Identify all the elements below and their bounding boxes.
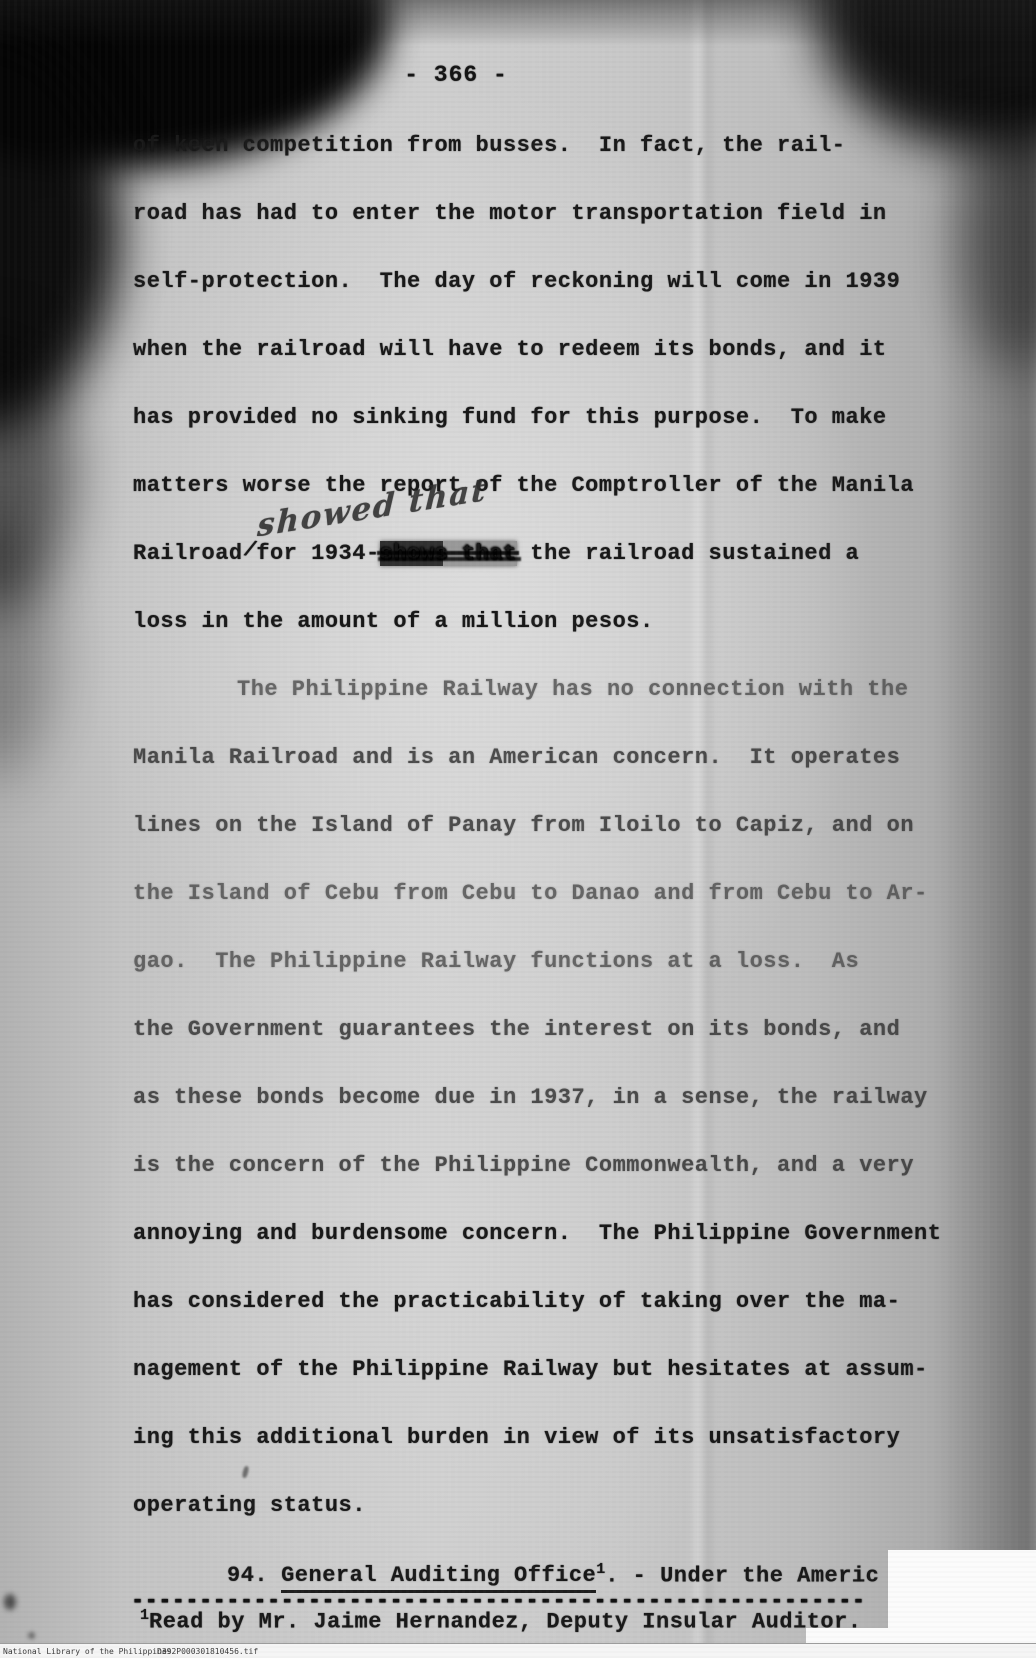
text-line: The Philippine Railway has no connection…: [237, 677, 908, 702]
text-line: gao. The Philippine Railway functions at…: [133, 949, 859, 974]
text-line: of keen competition from busses. In fact…: [133, 133, 846, 158]
text-line: loss in the amount of a million pesos.: [133, 609, 654, 634]
text-line: has provided no sinking fund for this pu…: [133, 405, 887, 430]
text-line: the Government guarantees the interest o…: [133, 1017, 900, 1042]
footnote-line: 1Read by Mr. Jaime Hernandez, Deputy Ins…: [140, 1607, 862, 1634]
footnote-marker: 1: [140, 1607, 149, 1624]
text-line: operating status.: [133, 1493, 366, 1518]
text-line: has considered the practicability of tak…: [133, 1289, 900, 1314]
footnote-marker: 1: [596, 1561, 605, 1578]
text-segment: Railroad: [133, 541, 243, 566]
text-line: road has had to enter the motor transpor…: [133, 201, 887, 226]
scan-artifact-top-band: [0, 0, 1036, 46]
scan-speck: [4, 1594, 16, 1610]
strikethrough-text: shows that: [380, 541, 517, 566]
scan-speck: [242, 1466, 250, 1479]
scan-speck: [28, 1632, 35, 1639]
text-line: nagement of the Philippine Railway but h…: [133, 1357, 928, 1382]
text-line: self-protection. The day of reckoning wi…: [133, 269, 900, 294]
text-segment: the railroad sustained a: [517, 541, 860, 566]
text-line: Manila Railroad and is an American conce…: [133, 745, 900, 770]
text-line: lines on the Island of Panay from Iloilo…: [133, 813, 914, 838]
text-line: when the railroad will have to redeem it…: [133, 337, 887, 362]
text-line: is the concern of the Philippine Commonw…: [133, 1153, 914, 1178]
library-name: National Library of the Philippines: [3, 1647, 172, 1656]
text-line: ing this additional burden in view of it…: [133, 1425, 900, 1450]
scanned-document-page: - 366 - of keen competition from busses.…: [0, 0, 1036, 1658]
scan-artifact-right-streak: [936, 90, 1036, 1610]
scan-filename: D392P000301810456.tif: [157, 1647, 258, 1656]
text-line: the Island of Cebu from Cebu to Danao an…: [133, 881, 928, 906]
text-line: annoying and burdensome concern. The Phi…: [133, 1221, 941, 1246]
text-line: matters worse the report of the Comptrol…: [133, 473, 914, 498]
footnote-text: Read by Mr. Jaime Hernandez, Deputy Insu…: [149, 1609, 862, 1634]
text-line-with-correction: Railroad/for 1934-shows that the railroa…: [133, 541, 859, 566]
page-number: - 366 -: [0, 62, 912, 88]
text-segment: for 1934-: [256, 541, 379, 566]
text-line: as these bonds become due in 1937, in a …: [133, 1085, 928, 1110]
